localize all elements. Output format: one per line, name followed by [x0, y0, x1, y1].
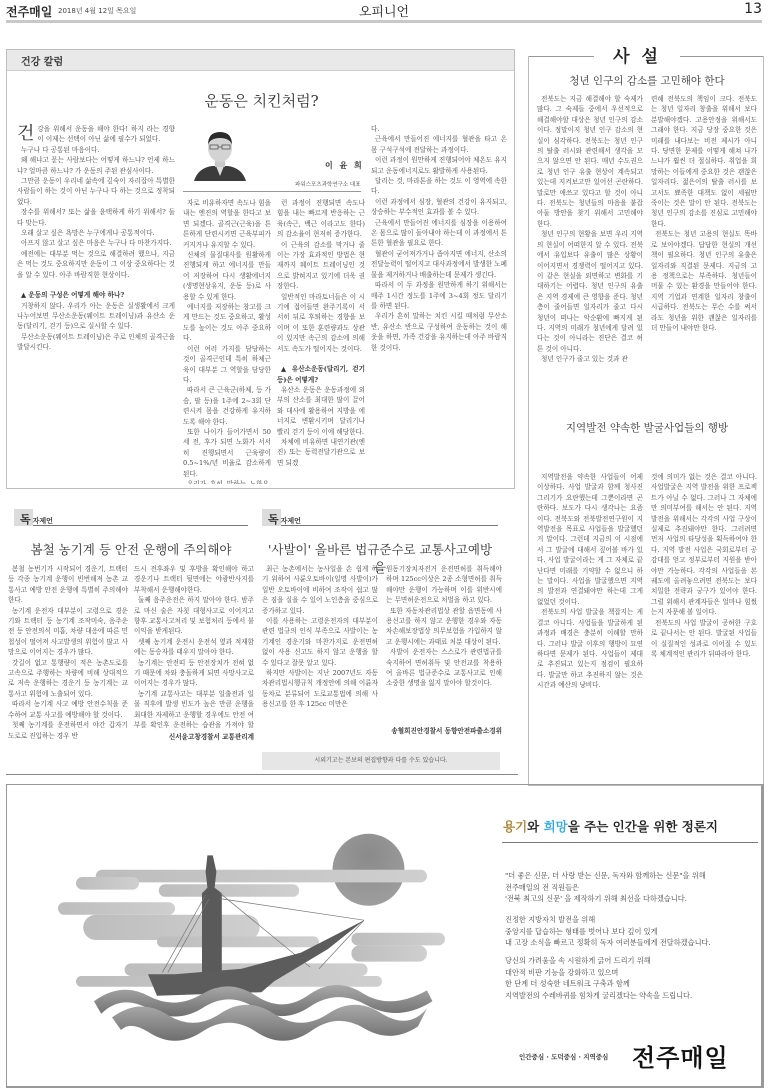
masthead-rule — [6, 20, 762, 23]
reader-column-title-1: 봄철 농기계 등 안전 운행에 주의해야 — [14, 540, 248, 558]
ad-rule — [502, 842, 758, 843]
subheading: ▲ 유산소운동(달리기, 걷기 등)은 어떻게? — [277, 364, 365, 385]
ad-paragraph-1: "더 좋은 신문, 더 사랑 받는 신문, 독자와 함께하는 신문"을 위해 전… — [505, 870, 706, 905]
pen-nib-ship-icon — [17, 805, 477, 1075]
editorial-title-1: 청년 인구의 감소를 고민해야 한다 — [529, 73, 765, 88]
health-column-text-1: 건 강을 위해서 운동을 해야 한다! 하지 라는 경향이 이제는 선택이 아닌… — [17, 124, 175, 484]
ad-logo: 전주매일 — [632, 1038, 729, 1073]
author-rule — [183, 191, 361, 192]
contributor-disclaimer: 시외기고는 본보의 편집방향과 다를 수도 있습니다. — [262, 752, 500, 770]
ad-slogan: 용기와 희망을 주는 인간을 위한 정론지 — [503, 817, 718, 835]
dropcap: 건 — [17, 125, 34, 143]
reader-column-label-1: 독자제언 — [14, 508, 248, 526]
reader-column-2-text-1: 최근 농촌에서는 농사일을 손 쉽게 하기 위하여 사륜오토바이(일명 사발이)… — [262, 564, 378, 740]
author-photo — [190, 126, 250, 181]
reader-column-label-2: 독자제언 — [262, 508, 498, 526]
health-column-text-2: 자로 비유하자면 속도나 힘을 내는 엔진의 역할을 한다고 보면 되겠다. 골… — [183, 198, 271, 484]
editorial-box: 청년 인구의 감소를 고민해야 한다 전북도는 지금 해결해야 할 숙제가 많다… — [528, 56, 764, 786]
author-affiliation: 파워스포츠과학연구소 대표 — [295, 180, 361, 188]
editorial-1-col-1: 전북도는 지금 해결해야 할 숙제가 많다. 그 숙제들 중에서 우선적으로 해… — [537, 94, 643, 390]
health-column: 건강 칼럼 운동은 치킨처럼? 이 윤 희 파워스포츠과학연구소 대표 건 강을… — [6, 49, 515, 489]
editorial-2-col-1: 지역발전을 약속한 사업들이 어제 이상하다. 사업 발굴과 함께 청사진 그리… — [537, 472, 643, 780]
health-column-title: 운동은 치킨처럼? — [7, 90, 516, 111]
author-name: 이 윤 희 — [325, 160, 364, 171]
masthead: 전주매일 2018년 4월 12일 목요일 오피니언 13 — [0, 0, 768, 24]
ad-tagline: 인간중심 · 도덕중심 · 지역중심 — [519, 1052, 608, 1061]
reader-column-2-text-2: 원동기장치자전거 운전면허를 취득해야 하며 125cc이상은 2종 소형면허를… — [386, 564, 502, 724]
health-column-text-4: 다. 근육에서 만들어진 에너지를 혈관을 타고 온 몸 구석구석에 전달하는 … — [371, 124, 507, 484]
page-number: 13 — [744, 1, 762, 17]
reader-column-1-text-2: 드시 전후좌우 및 후방을 확인해야 하고 경운기나 트랙터 뒷면에는 야광반사… — [134, 564, 254, 730]
ad-paragraph-3: 당신의 가려움을 속 시원하게 긁어 드리기 위해 대안적 비판 기능을 강화하… — [505, 955, 692, 1001]
editorial-2-col-2: 것에 의미가 없는 것은 결코 아니다. 사업발굴은 지역 발전을 위한 프로젝… — [651, 472, 757, 780]
health-column-text-3: 런 과정이 진행되면 속도나 힘을 내는 빠르게 반응하는 근육(속근, 백근 … — [277, 198, 365, 484]
health-column-label: 건강 칼럼 — [7, 50, 514, 71]
reader-column-2-byline: 송혈희진안경찰서 동향안전파출소경위 — [386, 726, 502, 738]
subheading: ▲ 운동의 구성은 어떻게 해야 하나? — [17, 290, 175, 300]
reader-column-1-text-1: 봄철 농번기가 시작되어 경운기, 트랙터 등 각종 농기계 운행이 빈번해져 … — [8, 564, 128, 740]
reader-column-1-byline: 신서윤고창경찰서 교통관리계 — [134, 732, 254, 744]
section-divider — [6, 774, 518, 775]
section-title: 오피니언 — [0, 1, 768, 20]
editorial-title-2: 지역발전 약속한 발굴사업들의 행방 — [529, 420, 765, 435]
ad-paragraph-2: 진정한 지방자치 발전을 위해 중앙지를 답습하는 형태를 벗어나 보다 깊이 … — [505, 914, 711, 949]
editorial-1-col-2: 련해 전북도의 책임이 크다. 전북도는 청년 일자리 창출을 위해서 보다 분… — [651, 94, 757, 390]
